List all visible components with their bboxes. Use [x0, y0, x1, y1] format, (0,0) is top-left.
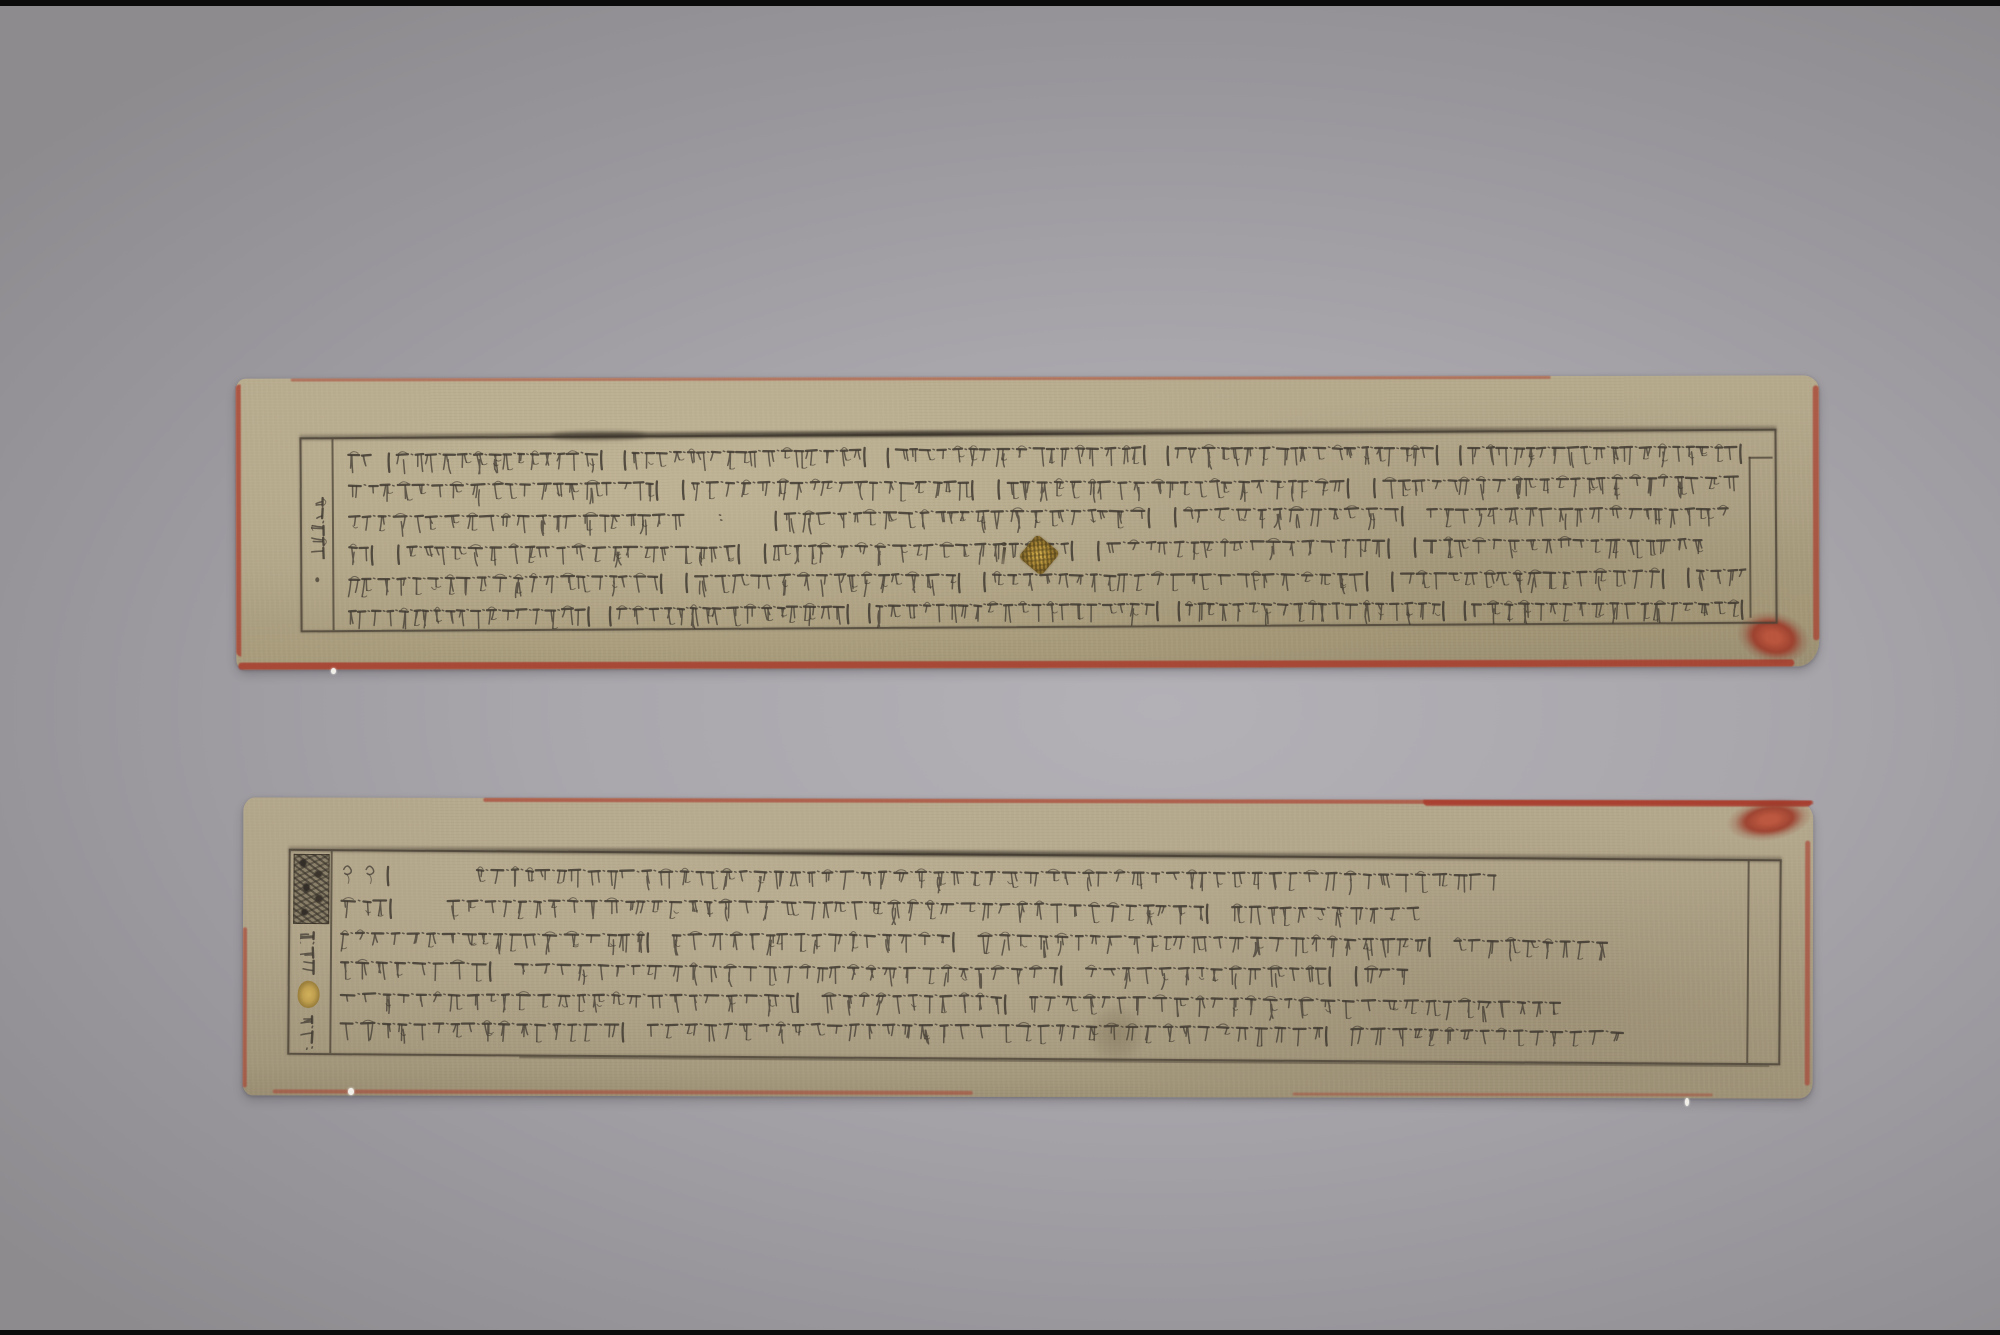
manuscript-leaf-upper	[236, 375, 1820, 669]
red-edge-right	[1805, 841, 1811, 1086]
manuscript-leaf-lower	[243, 797, 1814, 1098]
margin-rule-left	[329, 851, 332, 1053]
paper-glint	[331, 668, 336, 674]
margin-foliation-text-lower	[301, 1013, 318, 1053]
ink-smudge	[551, 431, 646, 440]
red-edge-left	[236, 385, 242, 657]
frame-top-rule-smudge	[289, 846, 1782, 862]
text-line	[338, 895, 1738, 931]
red-edge-bottom	[238, 659, 1794, 669]
red-edge-top	[291, 376, 1551, 382]
text-line	[346, 473, 1746, 507]
frame-bottom-double-rule	[519, 1056, 1769, 1067]
margin-rule-right	[1749, 457, 1752, 618]
margin-seal-stamp	[293, 854, 329, 924]
text-line	[338, 958, 1738, 994]
frame-top-rule-smudge	[299, 426, 1776, 441]
margin-dot	[315, 577, 319, 582]
text-line	[338, 927, 1738, 963]
yellow-paper-patch	[296, 980, 321, 1009]
margin-foliation-text	[311, 495, 329, 559]
text-line	[338, 863, 1738, 899]
text-block-lower	[337, 861, 1738, 1055]
margin-rule-left	[331, 439, 334, 630]
photo-edge-bar-bottom	[0, 1330, 2000, 1335]
water-stain	[1086, 1002, 1146, 1064]
text-line	[346, 503, 1746, 537]
red-edge-bottom	[273, 1089, 973, 1094]
paper-glint	[1685, 1098, 1689, 1106]
photo-edge-bar-top	[0, 0, 2000, 6]
red-edge-right	[1813, 385, 1820, 640]
text-line	[337, 1017, 1737, 1053]
margin-foliation-text-upper	[301, 929, 319, 979]
red-edge-left	[243, 927, 247, 1087]
text-frame-lower	[287, 849, 1781, 1065]
text-frame-upper	[299, 429, 1777, 633]
text-line	[346, 566, 1746, 600]
text-block-upper	[346, 439, 1747, 625]
margin-rule-right	[1746, 861, 1749, 1063]
text-line	[346, 597, 1746, 631]
red-edge-bottom-right	[1293, 1093, 1713, 1097]
margin-rule-step	[1749, 457, 1773, 459]
photograph-background	[0, 0, 2000, 1335]
paper-glint	[348, 1088, 354, 1095]
text-line	[346, 441, 1746, 475]
